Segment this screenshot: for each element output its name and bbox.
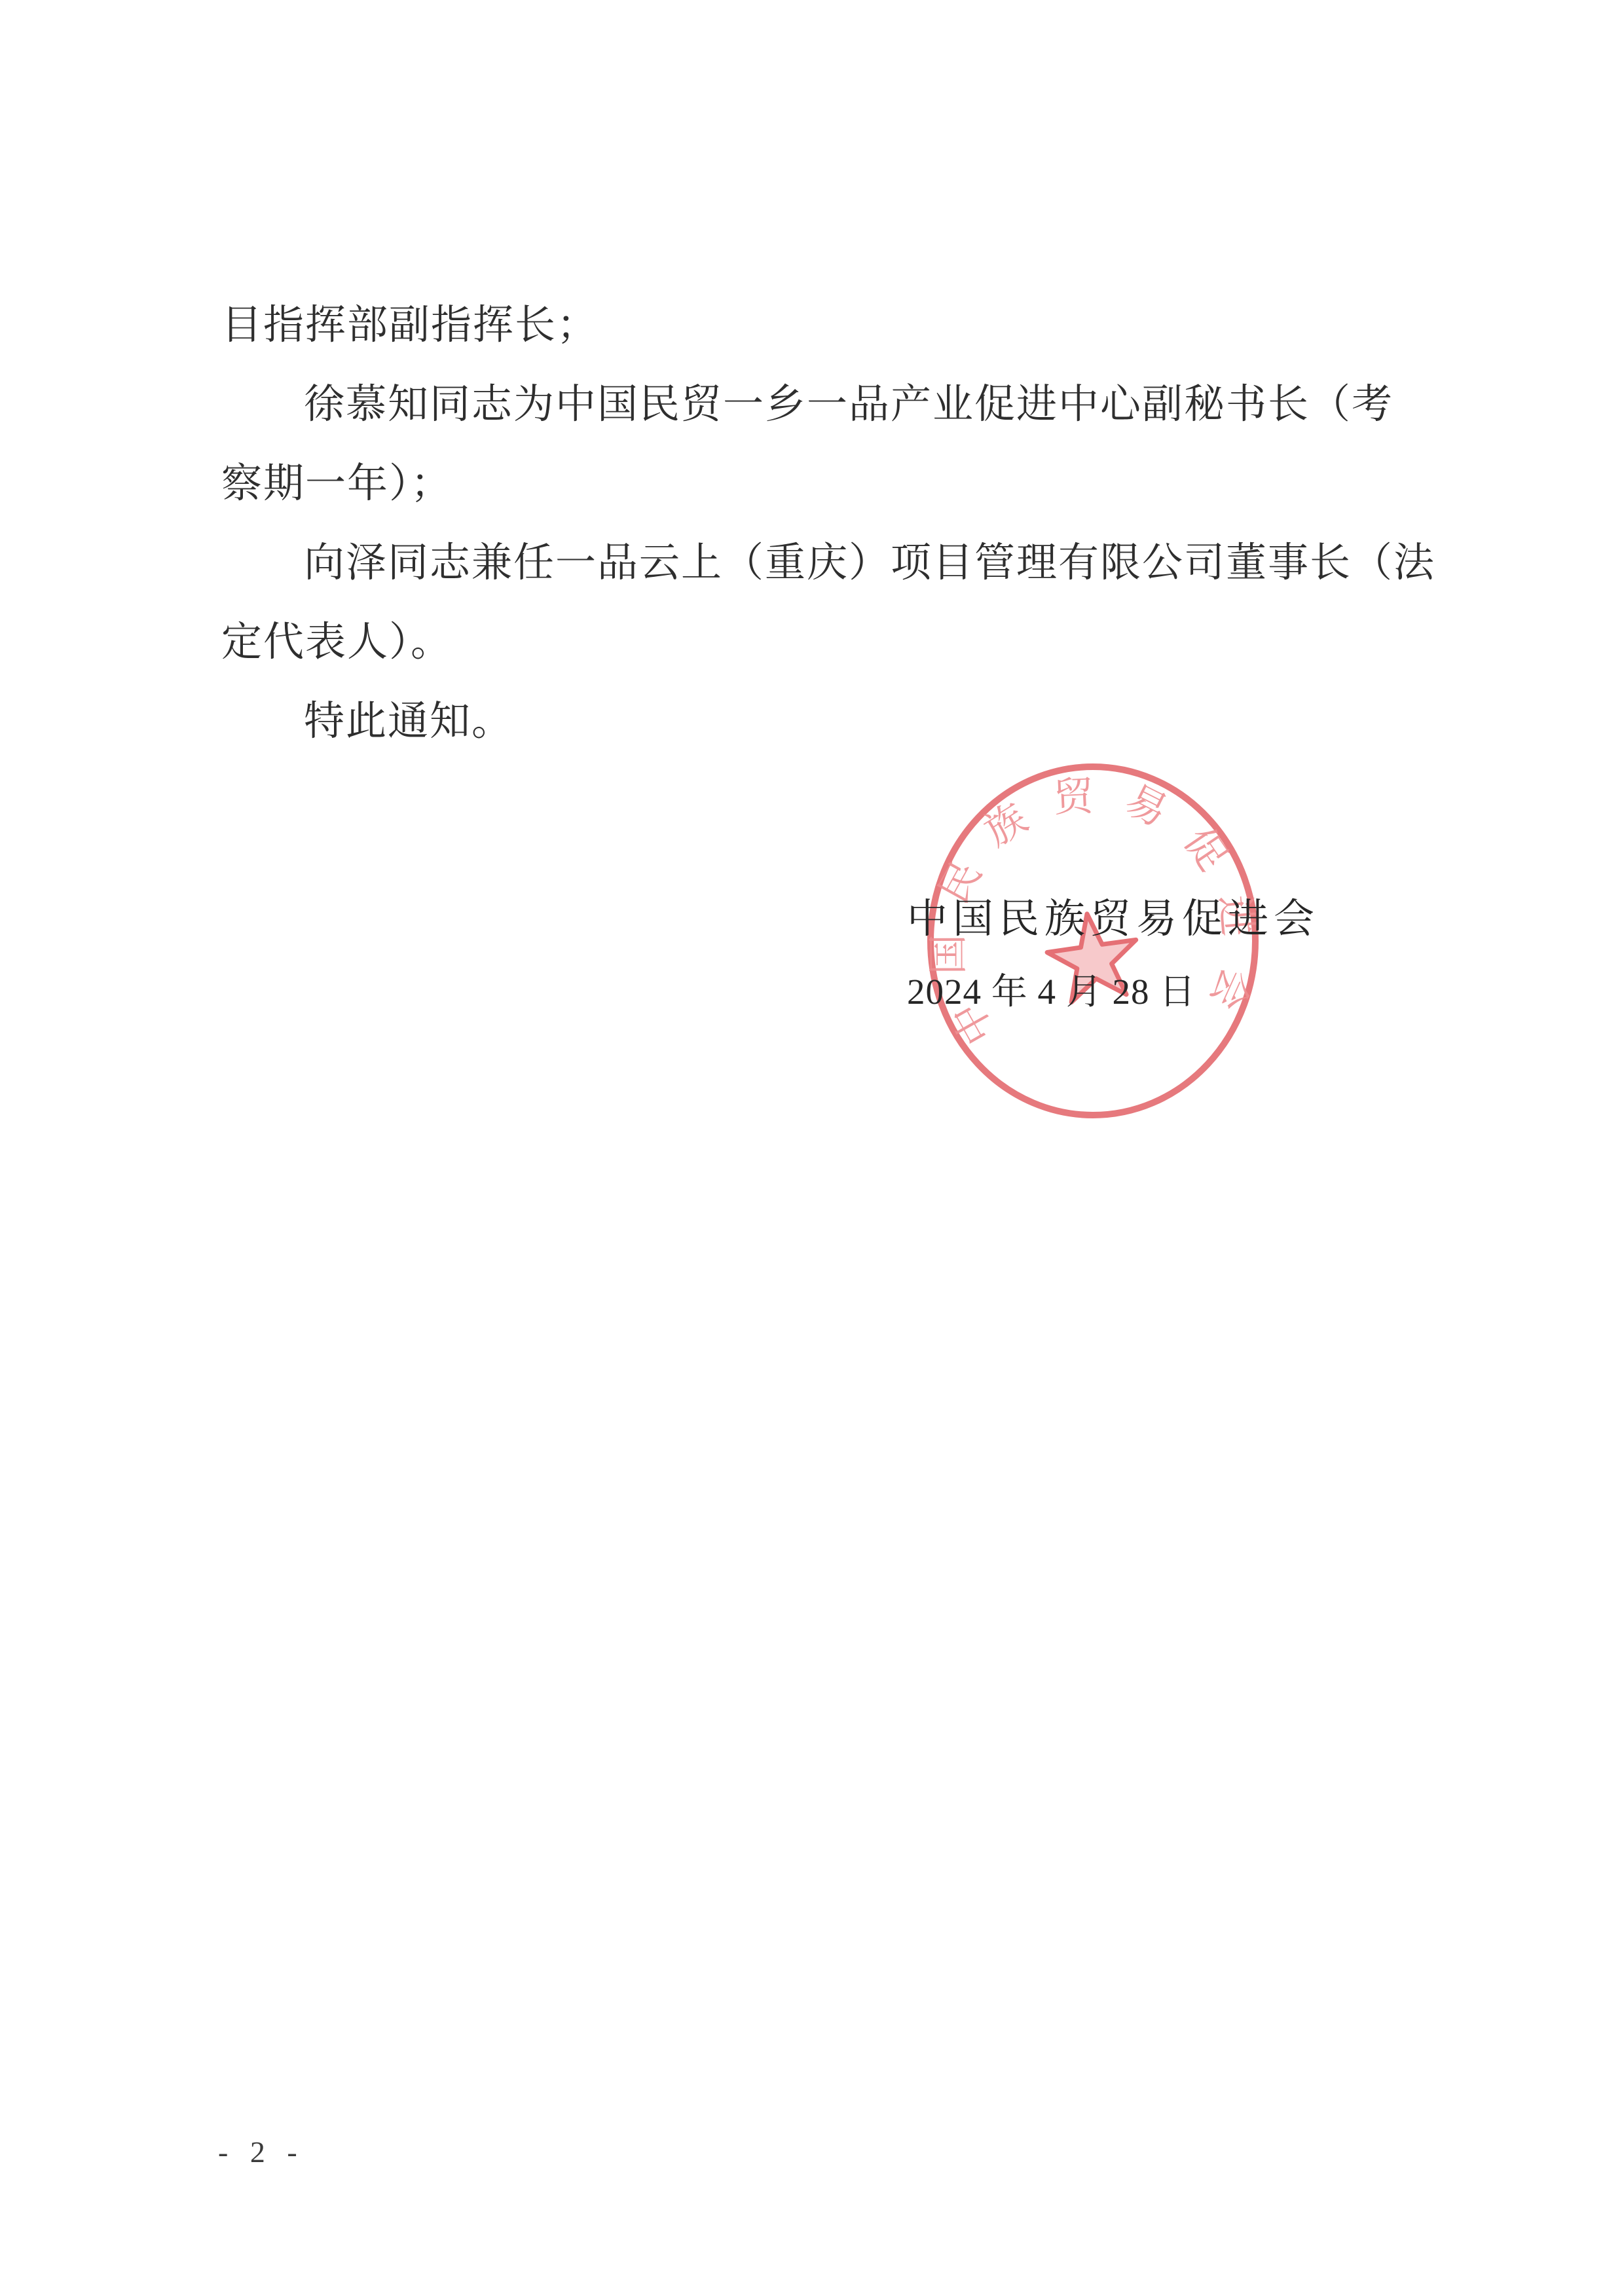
body-line: 目指挥部副指挥长； xyxy=(221,286,1410,365)
document-page: 目指挥部副指挥长；徐慕知同志为中国民贸一乡一品产业促进中心副秘书长（考察期一年）… xyxy=(0,0,1624,2295)
body-line: 向泽同志兼任一品云上（重庆）项目管理有限公司董事长（法 xyxy=(221,524,1410,603)
signature-org-name: 中国民族贸易促进会 xyxy=(907,886,1319,944)
page-number: - 2 - xyxy=(218,2135,300,2169)
body-line: 定代表人）。 xyxy=(221,603,1410,682)
body-line: 察期一年）； xyxy=(221,445,1410,524)
signature-date: 2024 年 4 月 28 日 xyxy=(907,963,1196,1014)
body-text-block: 目指挥部副指挥长；徐慕知同志为中国民贸一乡一品产业促进中心副秘书长（考察期一年）… xyxy=(221,286,1410,762)
body-line: 徐慕知同志为中国民贸一乡一品产业促进中心副秘书长（考 xyxy=(221,365,1410,445)
